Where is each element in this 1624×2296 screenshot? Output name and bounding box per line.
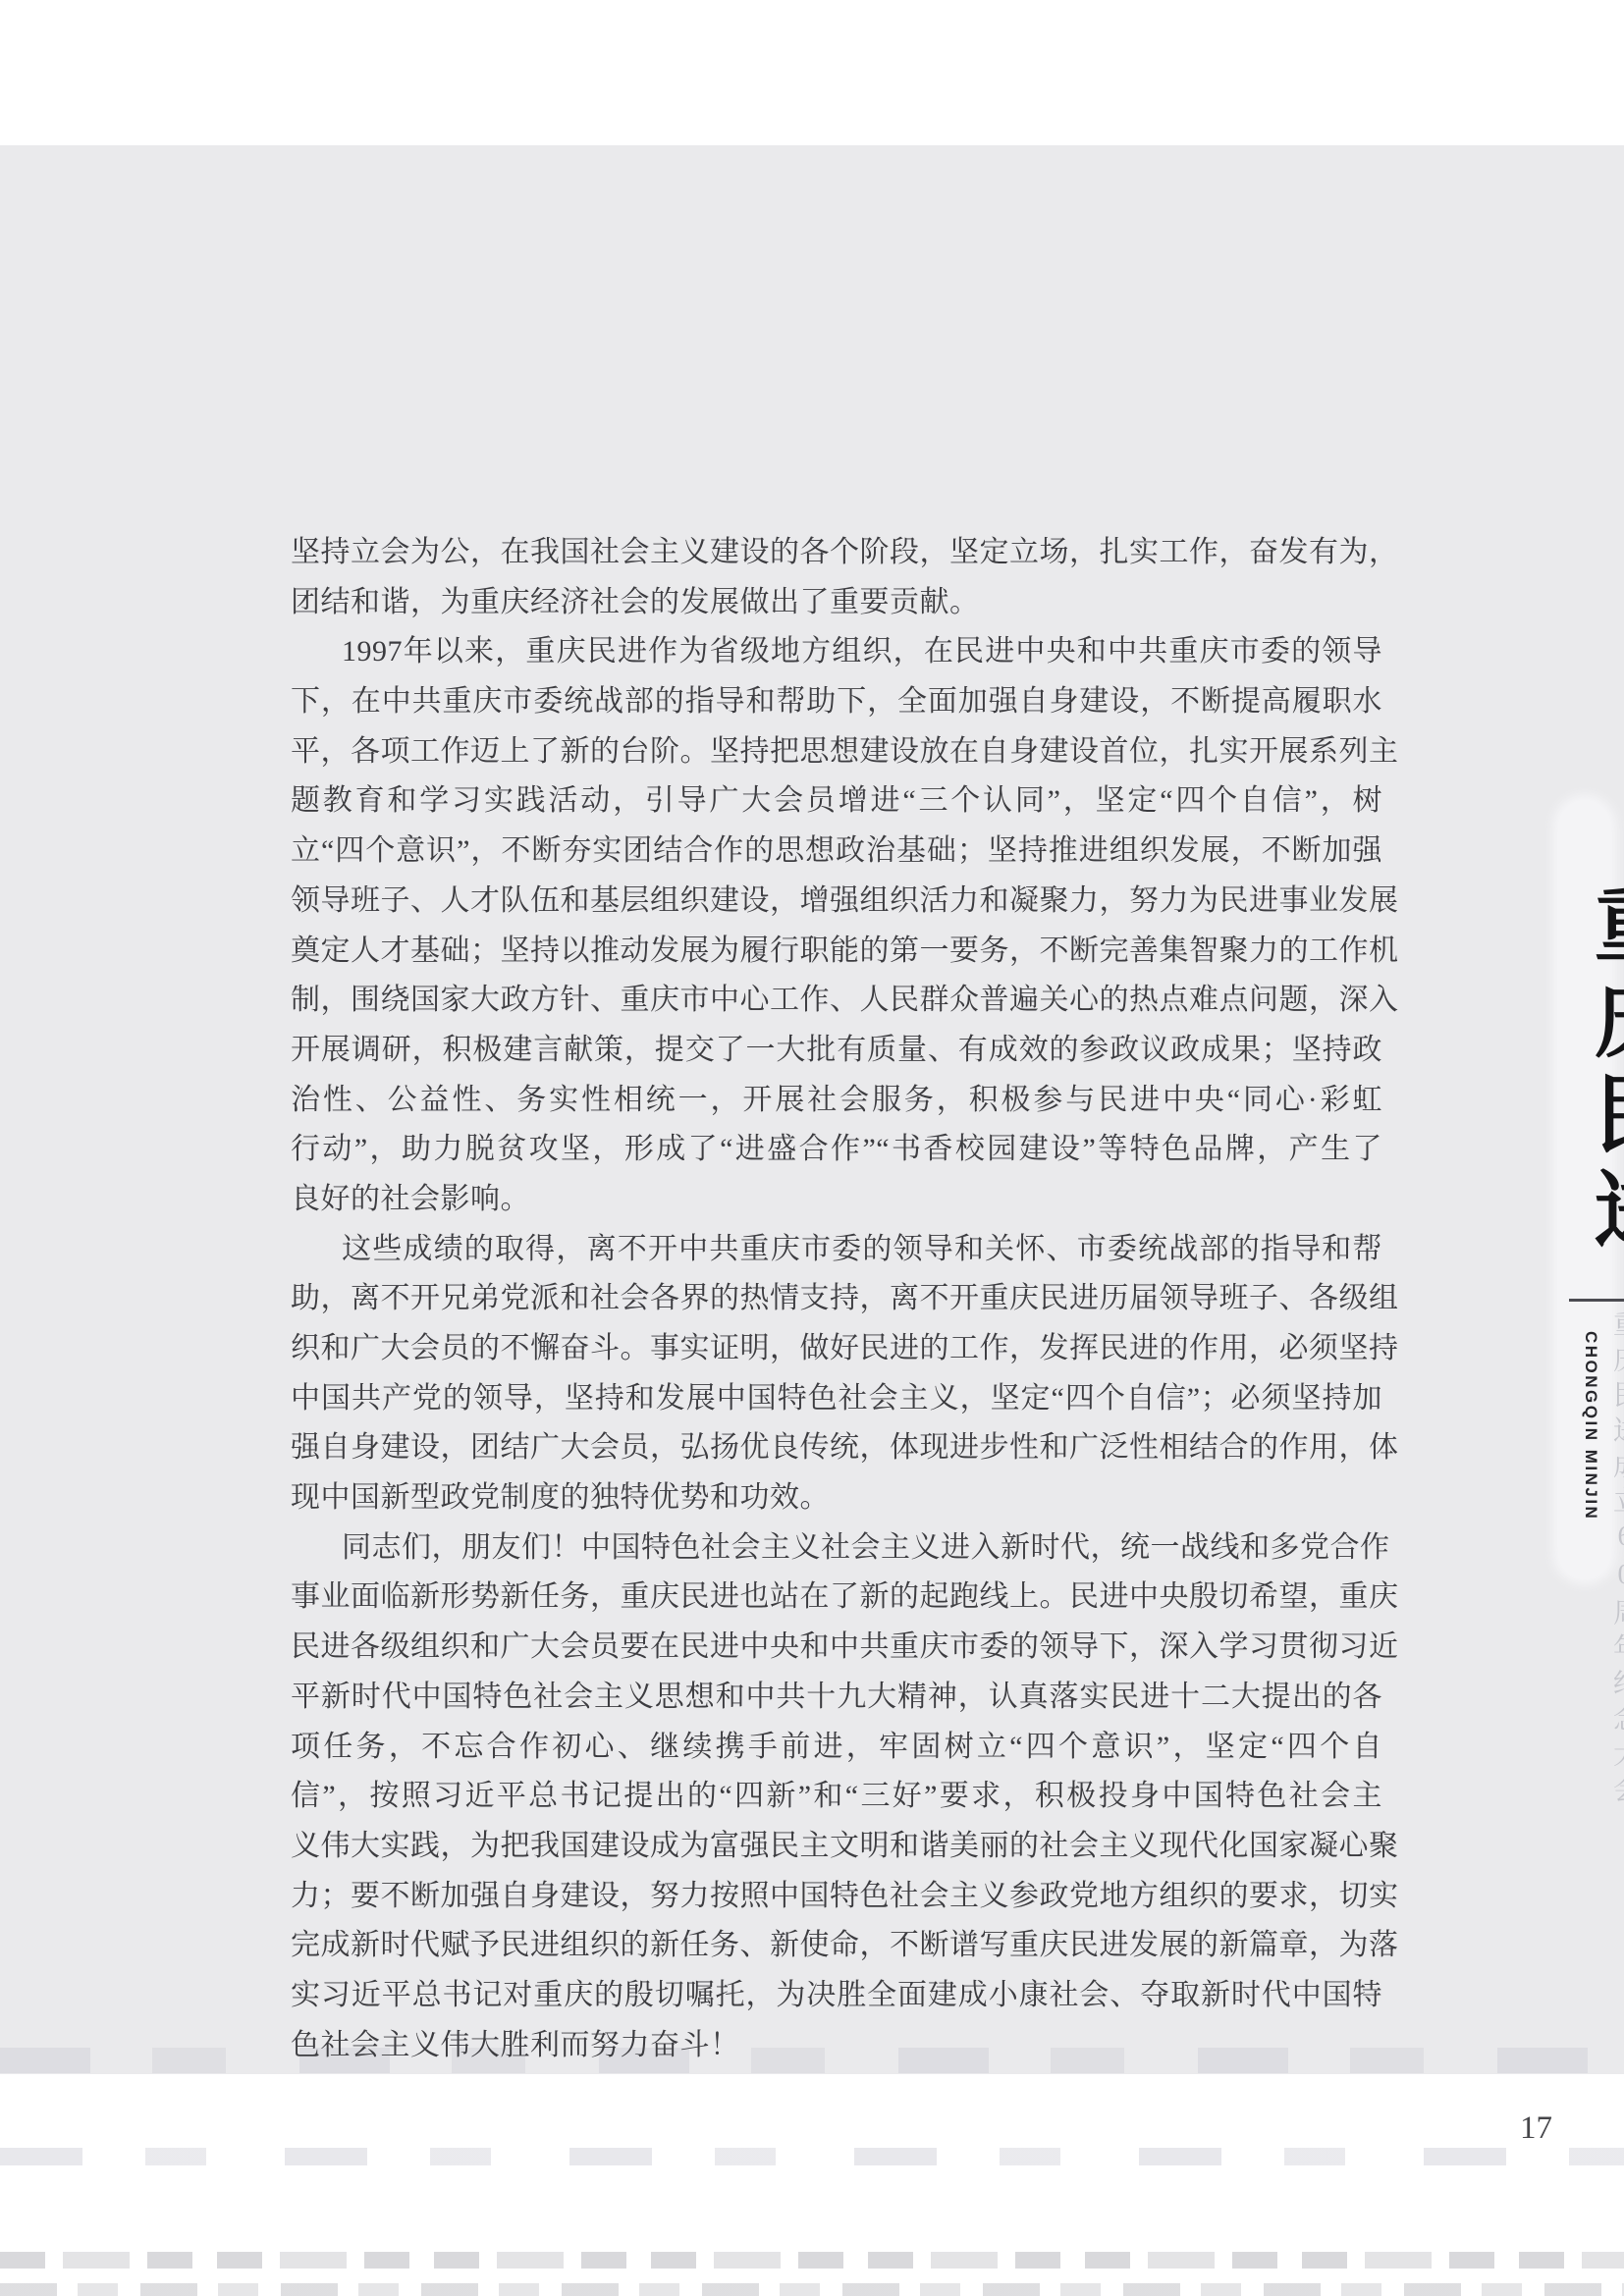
sidebar-divider-line [1569,1299,1624,1302]
calligraphy-title: 重庆民进 [1568,880,1624,1260]
text-line: 行动”，助力脱贫攻坚，形成了“进盛合作”“书香校园建设”等特色品牌，产生了 [291,1125,1382,1175]
text-line: 开展调研，积极建言献策，提交了一大批有质量、有成效的参政议政成果；坚持政 [291,1026,1382,1076]
text-line: 项任务，不忘合作初心、继续携手前进，牢固树立“四个意识”，坚定“四个自 [291,1723,1382,1773]
page-number: 17 [1520,2110,1552,2147]
text-line: 事业面临新形势新任务，重庆民进也站在了新的起跑线上。民进中央殷切希望，重庆 [291,1573,1382,1623]
romanized-title: CHONGQIN MINJIN [1581,1331,1600,1521]
text-line: 平新时代中国特色社会主义思想和中共十九大精神，认真落实民进十二大提出的各 [291,1673,1382,1723]
page-background-panel: 坚持立会为公，在我国社会主义建设的各个阶段，坚定立场，扎实工作，奋发有为，团结和… [0,145,1624,2074]
text-line: 现中国新型政党制度的独特优势和功效。 [291,1473,1382,1523]
text-line: 1997年以来，重庆民进作为省级地方组织，在民进中央和中共重庆市委的领导 [291,627,1382,677]
scan-artifact-row [0,2252,1624,2269]
text-line: 信”，按照习近平总书记提出的“四新”和“三好”要求，积极投身中国特色社会主 [291,1772,1382,1822]
text-line: 这些成绩的取得，离不开中共重庆市委的领导和关怀、市委统战部的指导和帮 [291,1225,1382,1275]
text-line: 下，在中共重庆市委统战部的指导和帮助下，全面加强自身建设，不断提高履职水 [291,677,1382,727]
text-line: 奠定人才基础；坚持以推动发展为履行职能的第一要务，不断完善集智聚力的工作机 [291,927,1382,977]
text-line: 坚持立会为公，在我国社会主义建设的各个阶段，坚定立场，扎实工作，奋发有为， [291,528,1382,578]
text-line: 实习近平总书记对重庆的殷切嘱托，为决胜全面建成小康社会、夺取新时代中国特 [291,1971,1382,2021]
text-line: 平，各项工作迈上了新的台阶。坚持把思想建设放在自身建设首位，扎实开展系列主 [291,727,1382,777]
scan-artifact-row [0,2148,1624,2165]
text-line: 色社会主义伟大胜利而努力奋斗！ [291,2021,1382,2071]
text-line: 义伟大实践，为把我国建设成为富强民主文明和谐美丽的社会主义现代化国家凝心聚 [291,1822,1382,1872]
text-line: 立“四个意识”，不断夯实团结合作的思想政治基础；坚持推进组织发展，不断加强 [291,827,1382,877]
text-line: 完成新时代赋予民进组织的新任务、新使命，不断谱写重庆民进发展的新篇章，为落 [291,1921,1382,1971]
text-line: 强自身建设，团结广大会员，弘扬优良传统，体现进步性和广泛性相结合的作用，体 [291,1423,1382,1473]
text-line: 助，离不开兄弟党派和社会各界的热情支持，离不开重庆民进历届领导班子、各级组 [291,1274,1382,1324]
text-line: 力；要不断加强自身建设，努力按照中国特色社会主义参政党地方组织的要求，切实 [291,1872,1382,1922]
text-line: 题教育和学习实践活动，引导广大会员增进“三个认同”，坚定“四个自信”，树 [291,776,1382,827]
faded-caption: 重庆民进成立60周年纪念大会 [1604,1309,1624,1810]
text-line: 团结和谐，为重庆经济社会的发展做出了重要贡献。 [291,578,1382,628]
text-line: 领导班子、人才队伍和基层组织建设，增强组织活力和凝聚力，努力为民进事业发展 [291,877,1382,927]
text-line: 同志们，朋友们！中国特色社会主义社会主义进入新时代，统一战线和多党合作 [291,1523,1382,1574]
text-line: 治性、公益性、务实性相统一，开展社会服务，积极参与民进中央“同心·彩虹 [291,1076,1382,1126]
body-text: 坚持立会为公，在我国社会主义建设的各个阶段，坚定立场，扎实工作，奋发有为，团结和… [291,528,1382,2070]
text-line: 中国共产党的领导，坚持和发展中国特色社会主义，坚定“四个自信”；必须坚持加 [291,1374,1382,1424]
text-line: 织和广大会员的不懈奋斗。事实证明，做好民进的工作，发挥民进的作用，必须坚持 [291,1324,1382,1374]
text-line: 制，围绕国家大政方针、重庆市中心工作、人民群众普遍关心的热点难点问题，深入 [291,976,1382,1026]
scan-artifact-row [0,2283,1624,2296]
text-line: 民进各级组织和广大会员要在民进中央和中共重庆市委的领导下，深入学习贯彻习近 [291,1623,1382,1673]
text-line: 良好的社会影响。 [291,1175,1382,1225]
